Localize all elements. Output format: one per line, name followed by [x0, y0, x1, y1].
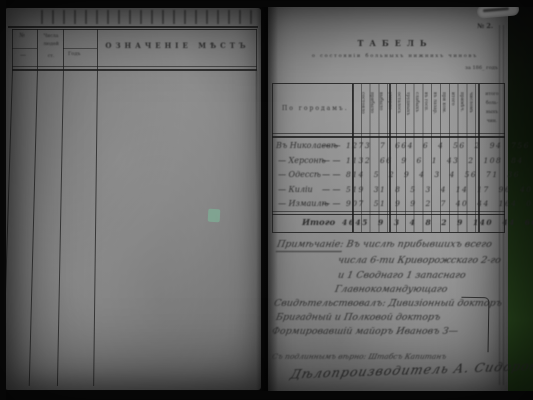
left-col3-divider — [63, 48, 97, 49]
col-label-6: слабыхъ — [410, 92, 419, 132]
photo-left-border — [0, 0, 6, 400]
left-col2-line3: ст. — [40, 54, 62, 59]
left-table-main-header: ОЗНАЧЕНІЕ МѢСТЪ — [100, 42, 255, 50]
total-row-numbers: 4645 9 3 4 8 2 9 140 44 663 15 — [342, 218, 533, 227]
col-label-12: числомъ — [464, 92, 473, 132]
left-page-top-rule — [8, 26, 258, 28]
note-lead-rest: Въ числѣ прибывшихъ всего — [345, 239, 492, 250]
row-0-dashes: — — — [322, 141, 341, 150]
left-table-v2-header — [37, 29, 38, 70]
left-col1-header: № — [19, 33, 25, 40]
row-4-dashes: — — — [322, 199, 341, 208]
left-table-header-rule — [12, 66, 257, 67]
right-table-corner-label: По городамъ. — [282, 106, 349, 113]
row-3-dashes: — — — [322, 185, 341, 194]
col-label-10: итого — [446, 92, 455, 132]
col-label-1: прибыло — [365, 92, 374, 132]
right-table-header-heavy-rule — [272, 136, 505, 138]
rightcol-line-2: ныхъ — [481, 110, 503, 115]
date-note: за 186_ годъ — [420, 66, 498, 72]
right-table-header-rule — [272, 133, 505, 134]
left-table-header-heavy-rule — [12, 69, 257, 71]
col-label-11: примѣч. — [455, 92, 464, 132]
row-2-label: — Одессѣ — [278, 170, 321, 179]
underlying-page-edge — [32, 10, 254, 24]
page-subtitle: о состояніи больныхъ нижнихъ чиновъ — [292, 54, 498, 60]
left-table-top-border — [12, 29, 257, 30]
archival-sticker — [208, 209, 221, 223]
col-label-5: трудныхъ — [401, 92, 410, 132]
signature-1: Съ подлиннымъ вѣрно: Штабсъ Капитанъ — [271, 352, 447, 361]
row-2-numbers: 814 5 2 9 4 3 4 56 71 36 — [346, 170, 520, 179]
row-0-numbers: 1273 7 664 6 4 56 2 94 756 — [346, 141, 530, 150]
col-label-8: въ лазар. — [428, 92, 437, 132]
note-line-1: числа 6-ти Криворожскаго 2-го — [337, 255, 502, 266]
left-col2-line1: Числа — [40, 34, 62, 39]
note-line-5: Бригадный и Полковой докторъ — [275, 312, 441, 323]
archival-photo: № — Числа людей ст. Годъ ОЗНАЧЕНІЕ МѢСТЪ… — [0, 0, 533, 400]
rightcol-line-1: боль- — [481, 101, 503, 106]
col-label-9: при ком. — [437, 92, 446, 132]
note-line-6: Формировавшій майоръ Ивановъ З— — [271, 326, 459, 337]
photo-bottom-border — [0, 391, 533, 400]
left-col3-header: Годъ — [68, 52, 81, 58]
col-label-0: состояло — [356, 92, 365, 132]
note-line-3: Главнокомандующаго — [334, 284, 448, 295]
col-label-2: выбыло — [374, 92, 383, 132]
rightcol-line-0: итого — [481, 92, 503, 97]
left-col1-sub: — — [20, 53, 26, 60]
rightcol-line-3: чин. — [481, 119, 503, 124]
left-table-v4-header — [97, 29, 98, 70]
left-table-v3-header — [63, 29, 64, 70]
row-1-label: — Херсонѣ — [278, 156, 326, 165]
page-number: № 2. — [477, 23, 493, 30]
col-label-4: осталось — [392, 92, 401, 132]
page-title: ТАБЕЛЬ — [305, 39, 485, 48]
col-label-7: въ госп. — [419, 92, 428, 132]
photo-top-border — [0, 0, 533, 7]
row-1-numbers: 1132 66 9 6 1 43 2 108 84 — [346, 156, 524, 165]
left-table-v1-header — [12, 29, 13, 70]
left-col1-divider — [12, 48, 37, 49]
signature-flourish — [461, 297, 490, 352]
row-2-dashes: — — — [322, 170, 341, 179]
col-label-3: умерло — [383, 92, 392, 132]
note-lead: Примѣчаніе: — [276, 239, 345, 252]
row-4-label: — Измаилѣ — [278, 199, 329, 208]
row-3-numbers: 519 31 8 5 3 4 14 17 96 40 — [346, 185, 533, 194]
right-table-total-heavy-rule — [272, 214, 505, 215]
total-row-label: Итого — [302, 218, 335, 228]
row-3-label: — Киліи — [278, 185, 313, 194]
note-line-2: и 1 Своднаго 1 запаснаго — [337, 270, 467, 281]
left-body-right-border-fading — [256, 70, 257, 200]
left-col2-line2: людей — [40, 42, 62, 47]
row-4-numbers: 907 51 9 9 2 7 40 44 164 09 — [346, 199, 533, 208]
row-1-dashes: — — — [322, 156, 341, 165]
left-table-right-border — [256, 29, 257, 70]
right-table-total-rule — [272, 211, 505, 212]
stamp-marking — [483, 7, 509, 12]
